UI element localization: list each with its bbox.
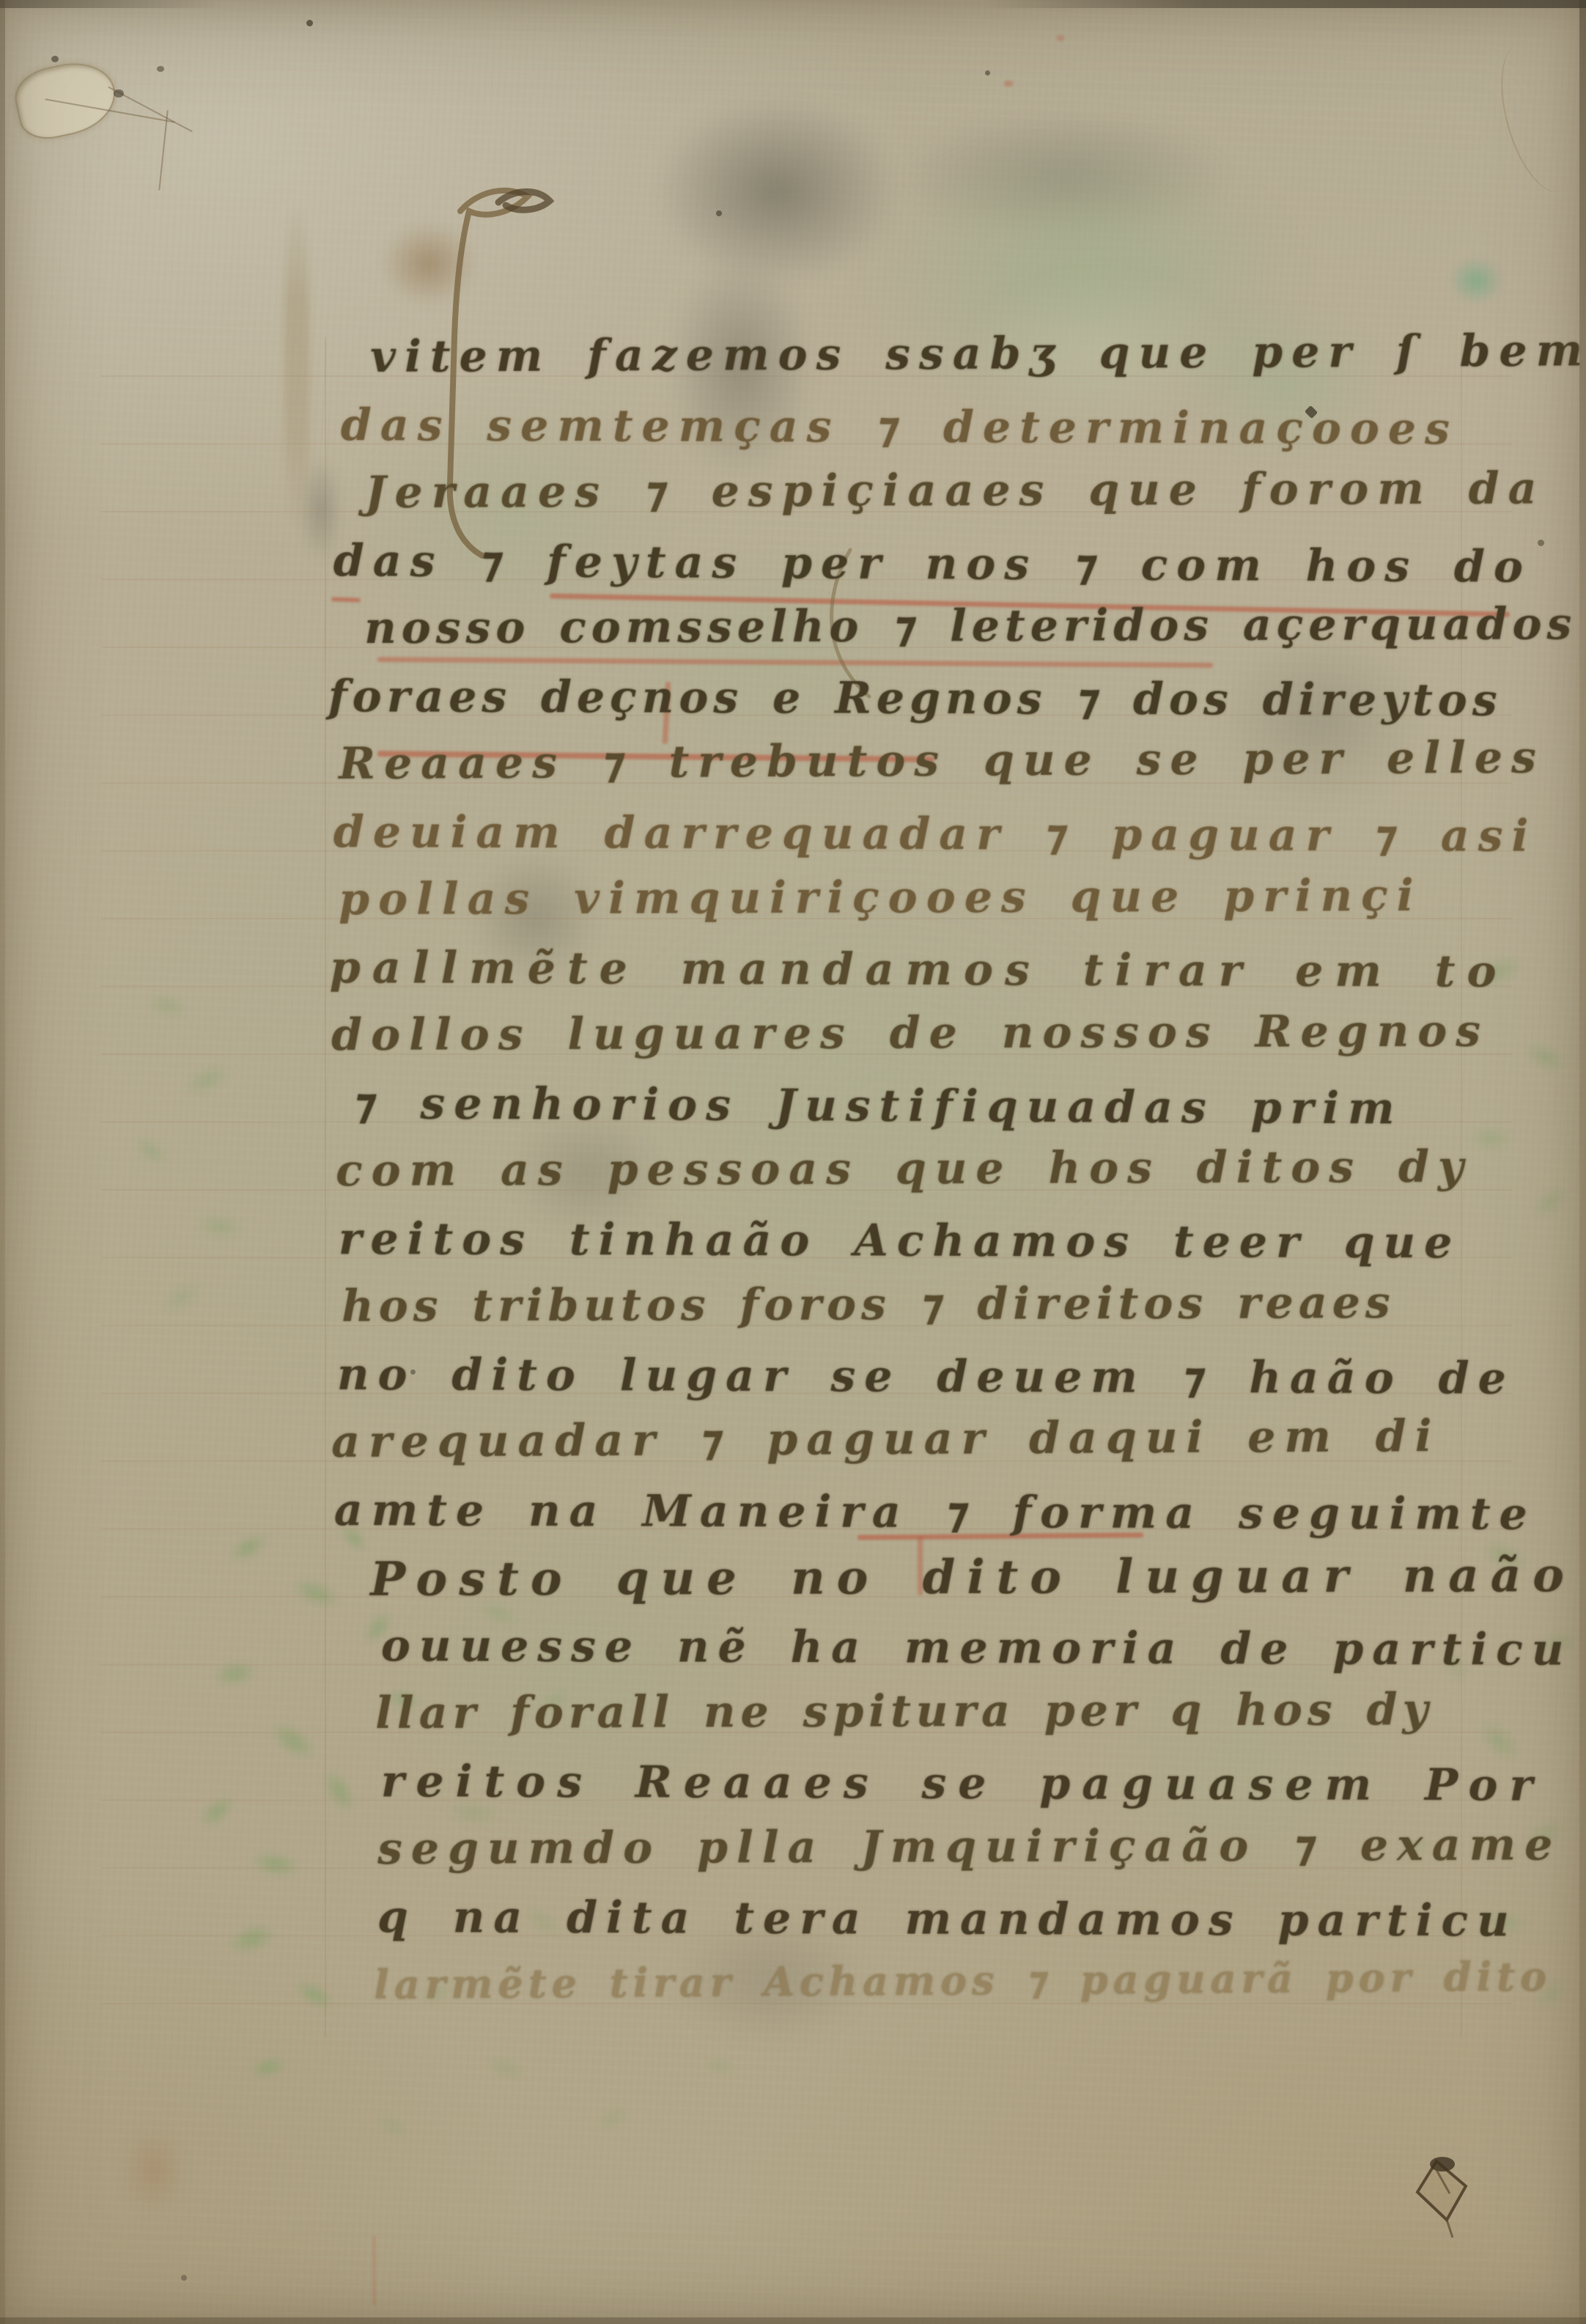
manuscript-line: dollos luguares de nossos Regnos (331, 1005, 1489, 1061)
scratch-line (108, 87, 193, 133)
green-leaf-stain (240, 1842, 312, 1886)
manuscript-line: no dito lugar se deuem ⁊ haão de (337, 1349, 1515, 1405)
green-leaf-stain (254, 1706, 332, 1776)
green-leaf-stain (1511, 1029, 1578, 1086)
green-leaf-stain (1520, 1174, 1579, 1231)
green-leaf-stain (216, 1520, 281, 1575)
green-spot-bright (1442, 251, 1510, 311)
manuscript-line: nosso comsselho ⁊ leteridos açerquados (364, 598, 1576, 654)
manuscript-line: deuiam darrequadar ⁊ paguar ⁊ asi (333, 806, 1538, 862)
manuscript-line: pallmẽte mandamos tirar em to (330, 942, 1508, 998)
red-fleck (1004, 81, 1013, 87)
scratch-curve (1484, 34, 1586, 201)
manuscript-line: das ⁊ feytas per nos ⁊ com hos do (333, 535, 1532, 593)
manuscript-line: hos tributos foros ⁊ direitos reaes (342, 1277, 1395, 1332)
manuscript-line: ⁊ senhorios Justifiquadas prim (353, 1078, 1404, 1135)
manuscript-line: amte na Maneira ⁊ forma seguimte (334, 1485, 1536, 1540)
green-leaf-stain (170, 1051, 244, 1109)
ruling-vertical-left (325, 337, 326, 2038)
red-chalk-dash (331, 597, 361, 602)
manuscript-line: reitos tinhaão Achamos teer que (339, 1213, 1461, 1268)
green-stain-tail (1136, 271, 1429, 491)
manuscript-line: arequadar ⁊ paguar daqui em di (331, 1411, 1441, 1468)
red-chalk-line-2 (377, 657, 1213, 668)
page-edge-right (1579, 0, 1586, 2324)
green-leaf-stain (122, 1123, 181, 1180)
manuscript-line: segumdo plla Jmquiriçaão ⁊ exame (377, 1819, 1561, 1875)
manuscript-line: reitos Reaaes se paguasem Por (381, 1756, 1544, 1812)
ink-speck (181, 2275, 187, 2281)
rust-smudge-bottom-left (110, 2111, 198, 2229)
scratch-line (158, 110, 168, 191)
ink-speck (51, 56, 59, 62)
green-leaf-stain (239, 2046, 298, 2088)
ink-speck (306, 20, 313, 26)
page-edge-bottom (0, 2317, 1586, 2324)
green-leaf-stain (309, 1755, 370, 1826)
green-leaf-stain (694, 2049, 743, 2083)
green-leaf-stain (185, 1781, 248, 1841)
manuscript-line: foraes deçnos e Regnos ⁊ dos direytos (328, 671, 1502, 727)
ink-smudge-top-right (843, 88, 1283, 264)
brown-streak-vertical (284, 205, 309, 528)
manuscript-line: ouuesse nẽ ha memoria de particu (381, 1620, 1573, 1676)
manuscript-line: com as pessoas que hos ditos dy (336, 1141, 1472, 1196)
manuscript-line: Posto que no dito luguar naão (370, 1548, 1576, 1607)
green-leaf-stain (188, 1207, 254, 1246)
manuscript-line: larmẽte tirar Achamos ⁊ paguarã por dito (374, 1953, 1552, 2008)
green-leaf-stain (363, 2099, 423, 2153)
manuscript-page: vitem fazemos ssabʒ que per ſ bem das se… (0, 0, 1586, 2324)
green-leaf-stain (279, 1566, 353, 1621)
page-edge-left (0, 0, 5, 2324)
manuscript-line: q na dita tera mandamos particu (377, 1891, 1518, 1946)
green-leaf-stain (583, 2093, 643, 2145)
parchment-tear-patch (10, 55, 122, 144)
manuscript-line: Reaaes ⁊ trebutos que se per elles (339, 732, 1545, 790)
green-leaf-stain (150, 1270, 213, 1325)
manuscript-line: vitem fazemos ssabʒ que per ſ bem (370, 325, 1586, 383)
ink-speck (716, 210, 722, 216)
ink-speck (157, 66, 164, 72)
green-leaf-stain (203, 1652, 268, 1696)
ink-speck (1538, 540, 1544, 546)
red-hairline-bottom (373, 2236, 375, 2306)
corner-diamond-mark (1406, 2147, 1486, 2257)
ink-speck (985, 70, 990, 76)
manuscript-line: das semtemças ⁊ determinaçooes (341, 400, 1458, 455)
red-fleck (1057, 35, 1064, 41)
green-leaf-stain (281, 1966, 348, 2023)
green-leaf-stain (135, 982, 200, 1029)
green-leaf-stain (473, 2044, 539, 2093)
manuscript-line: pollas vimquiriçooes que prinçi (339, 870, 1423, 925)
manuscript-line: Jeraaes ⁊ espiçiaaes que forom da (365, 463, 1546, 518)
green-leaf-stain (214, 1911, 290, 1968)
ink-smudge-top (616, 66, 938, 315)
manuscript-line: llar forall ne spitura per q hos dy (375, 1684, 1434, 1739)
page-edge-top (0, 0, 1586, 8)
